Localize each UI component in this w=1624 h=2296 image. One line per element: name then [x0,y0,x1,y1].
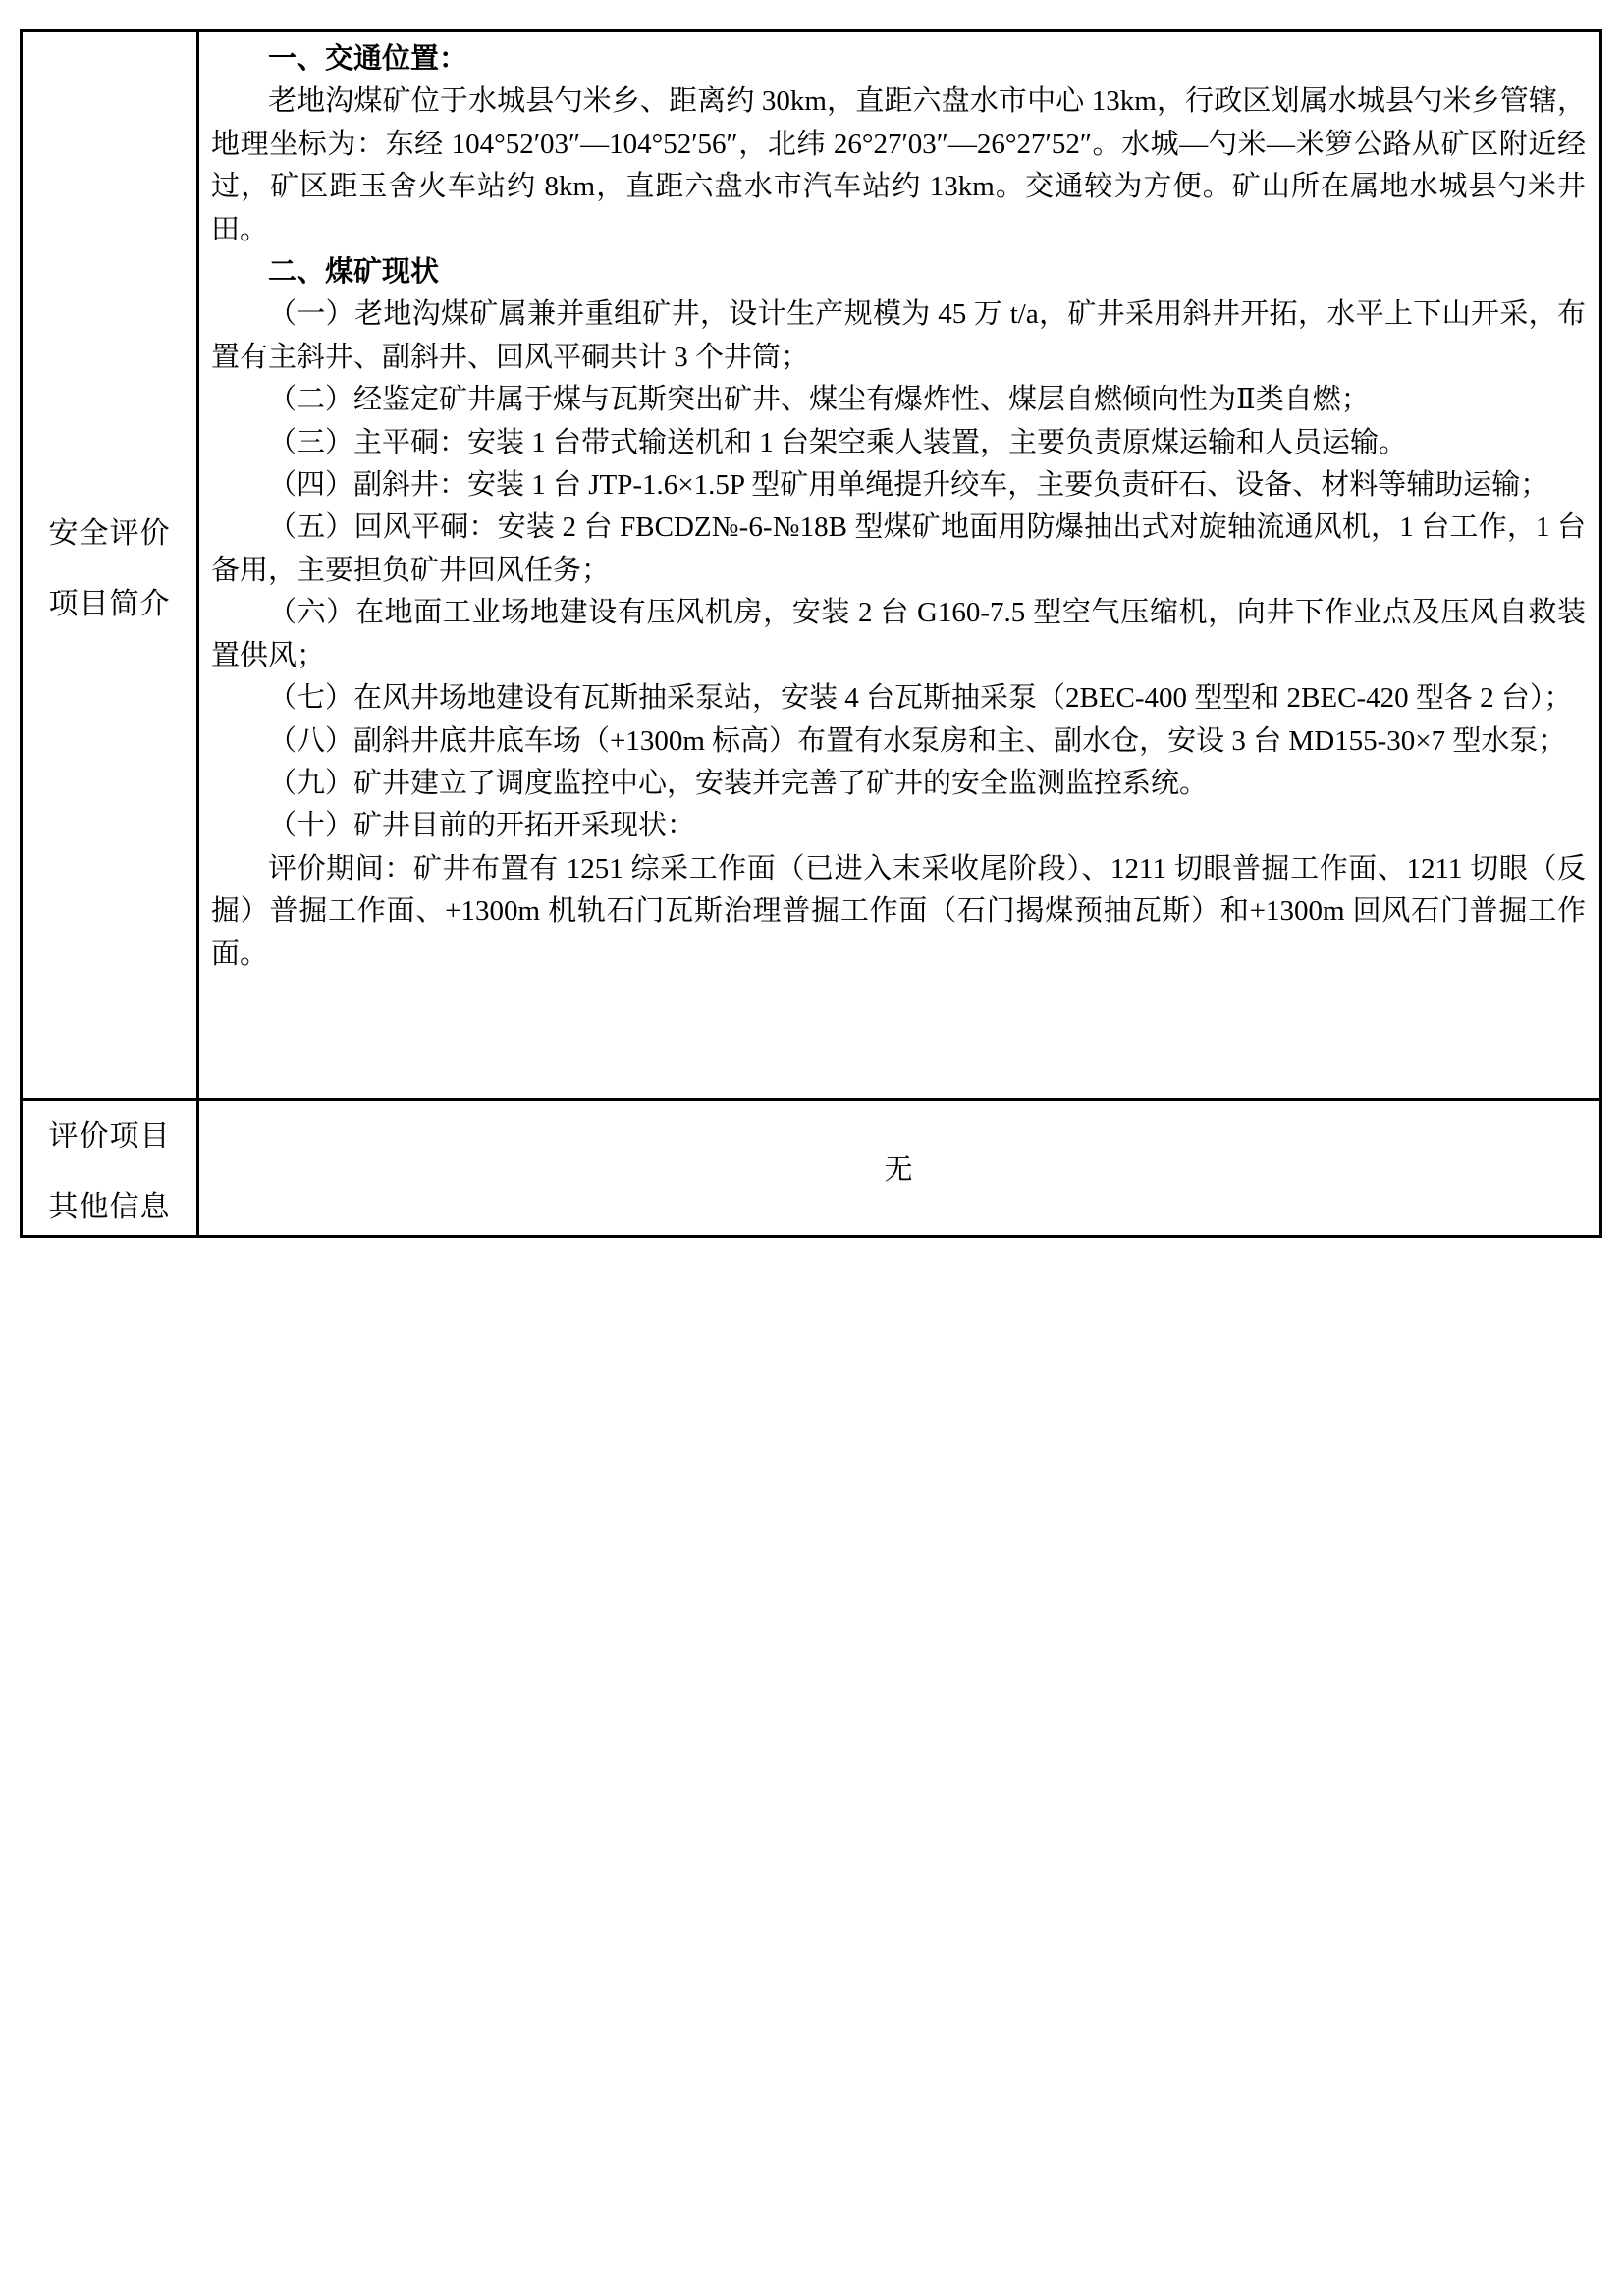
section-heading: 一、交通位置： [211,38,1586,80]
table-row-project-intro: 安全评价 项目简介 一、交通位置：老地沟煤矿位于水城县勺米乡、距离约 30km，… [23,32,1599,1101]
row-header-line: 安全评价 [49,508,171,552]
body-paragraph: （五）回风平硐：安装 2 台 FBCDZ№-6-№18B 型煤矿地面用防爆抽出式… [211,507,1586,592]
project-intro-paragraphs: 一、交通位置：老地沟煤矿位于水城县勺米乡、距离约 30km，直距六盘水市中心 1… [211,38,1586,976]
body-paragraph: （二）经鉴定矿井属于煤与瓦斯突出矿井、煤尘有爆炸性、煤层自燃倾向性为Ⅱ类自燃； [211,379,1586,421]
body-paragraph: （三）主平硐：安装 1 台带式输送机和 1 台架空乘人装置，主要负责原煤运输和人… [211,422,1586,464]
other-info-content: 无 [199,1101,1599,1235]
row-header-line: 其他信息 [49,1182,171,1225]
evaluation-table: 安全评价 项目简介 一、交通位置：老地沟煤矿位于水城县勺米乡、距离约 30km，… [20,29,1602,1238]
body-paragraph: （七）在风井场地建设有瓦斯抽采泵站，安装 4 台瓦斯抽采泵（2BEC-400 型… [211,677,1586,720]
body-paragraph: 老地沟煤矿位于水城县勺米乡、距离约 30km，直距六盘水市中心 13km，行政区… [211,80,1586,251]
row-header-line: 项目简介 [49,579,171,622]
table-row-other-info: 评价项目 其他信息 无 [23,1101,1599,1235]
section-heading: 二、煤矿现状 [211,251,1586,294]
row-header-evaluation-project-other-info: 评价项目 其他信息 [23,1101,199,1235]
body-paragraph: （九）矿井建立了调度监控中心，安装并完善了矿井的安全监测监控系统。 [211,763,1586,805]
body-paragraph: （六）在地面工业场地建设有压风机房，安装 2 台 G160-7.5 型空气压缩机… [211,592,1586,677]
project-intro-content: 一、交通位置：老地沟煤矿位于水城县勺米乡、距离约 30km，直距六盘水市中心 1… [199,32,1599,1098]
body-paragraph: （十）矿井目前的开拓开采现状： [211,805,1586,847]
row-header-line: 评价项目 [49,1111,171,1154]
body-paragraph: （四）副斜井：安装 1 台 JTP-1.6×1.5P 型矿用单绳提升绞车，主要负… [211,464,1586,507]
body-paragraph: （八）副斜井底井底车场（+1300m 标高）布置有水泵房和主、副水仓，安设 3 … [211,721,1586,763]
document-page: 安全评价 项目简介 一、交通位置：老地沟煤矿位于水城县勺米乡、距离约 30km，… [0,0,1624,2296]
body-paragraph: （一）老地沟煤矿属兼并重组矿井，设计生产规模为 45 万 t/a，矿井采用斜井开… [211,294,1586,379]
row-header-safety-evaluation-project-intro: 安全评价 项目简介 [23,32,199,1098]
body-paragraph: 评价期间：矿井布置有 1251 综采工作面（已进入末采收尾阶段）、1211 切眼… [211,848,1586,976]
